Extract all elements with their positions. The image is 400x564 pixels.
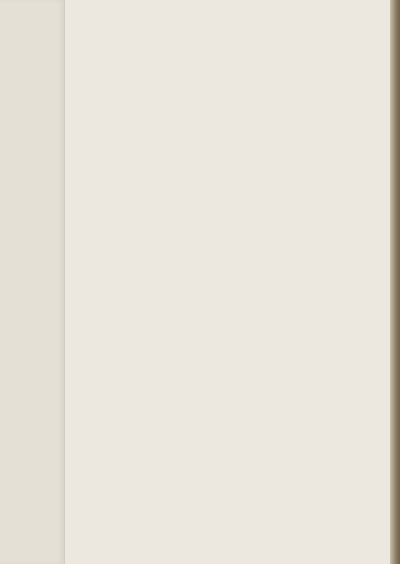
adjacent-page-edge	[0, 0, 65, 564]
typewritten-page	[65, 0, 390, 564]
book-spine-edge	[390, 0, 400, 564]
